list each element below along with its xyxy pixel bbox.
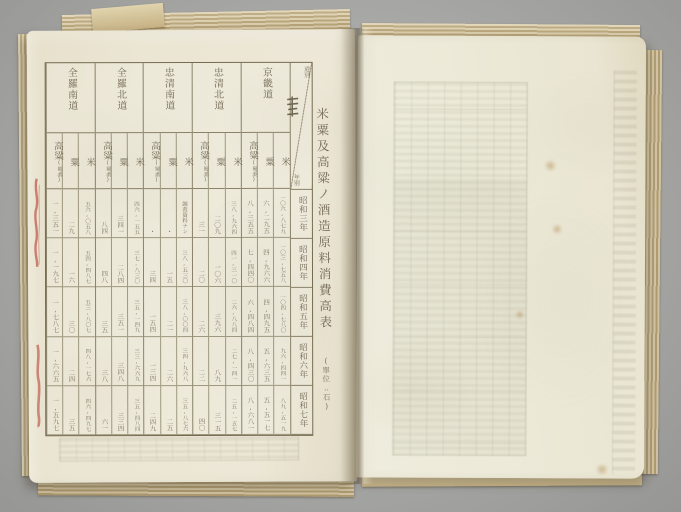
cell-value: 三四八 bbox=[116, 362, 123, 382]
cell-value: 二九 bbox=[67, 221, 74, 234]
table-cell: 四〇 bbox=[193, 386, 208, 435]
table-cell: 五,六三五 bbox=[258, 337, 273, 386]
table-cell: 三七,八三〇 bbox=[128, 238, 143, 287]
table-cell: 調査資料ナシ bbox=[177, 189, 192, 238]
table-cell: 六,二九五 bbox=[258, 189, 273, 238]
table-cell: 八九,五一九 bbox=[274, 386, 289, 435]
cell-value: 一,六六五 bbox=[51, 348, 59, 382]
grain-label: 粟 bbox=[63, 157, 78, 167]
table-cell: 二六,八八四 bbox=[226, 287, 241, 336]
cell-value: 二〇九 bbox=[213, 215, 220, 235]
corner-label-province: 道別 bbox=[302, 66, 311, 78]
cell-value: 一六 bbox=[67, 271, 74, 284]
year-row-header: 昭和七年 bbox=[291, 386, 313, 435]
table-cell: 三四一 bbox=[112, 189, 127, 238]
grain-header: 高粱(蜀黍) bbox=[193, 133, 208, 189]
table-cell: 三五 bbox=[96, 288, 111, 337]
unit-note: (單位‥石) bbox=[321, 356, 331, 412]
foxing-spot bbox=[594, 464, 610, 474]
grain-column-rice: 米一〇六,八七九一〇三,七五八一〇四,七八〇九六,四四一八九,五一九 bbox=[273, 133, 290, 435]
cell-value: 一〇三,七五八 bbox=[279, 244, 286, 283]
grain-header: 米 bbox=[177, 133, 192, 189]
table-cell: 六,四八四 bbox=[242, 287, 257, 336]
cell-value: 三五,八七六 bbox=[181, 398, 188, 432]
red-ink-mark bbox=[33, 343, 43, 429]
grain-column-sorghum: 高粱(蜀黍)八四四八三五三八六一 bbox=[95, 133, 111, 435]
year-label: 昭和六年 bbox=[296, 343, 306, 379]
grain-label: 米 bbox=[177, 157, 192, 167]
table-cell: 一三四 bbox=[145, 337, 160, 386]
table-cell: 三九六 bbox=[209, 287, 224, 336]
province-name: 忠清南道 bbox=[162, 67, 175, 132]
cell-value: 四六,四九七 bbox=[84, 398, 91, 432]
table-cell: 一〇四,七八〇 bbox=[274, 287, 289, 336]
cell-value: 六,四八四 bbox=[246, 299, 254, 333]
cell-value: 五三,八〇七 bbox=[84, 299, 91, 333]
cell-value: 三八,〇〇四 bbox=[181, 299, 188, 333]
table-cell: 四八 bbox=[96, 238, 111, 287]
table-cell: 二八四 bbox=[112, 238, 127, 287]
province-group: 忠清南道米調査資料ナシ三八,五三〇三八,〇〇四三四,九六八三五,八七六粟・一五二… bbox=[143, 63, 192, 435]
year-label: 昭和四年 bbox=[296, 245, 306, 281]
table-cell: 四,四九五 bbox=[258, 287, 273, 336]
grain-header: 粟 bbox=[258, 133, 273, 189]
cell-value: 四,四九五 bbox=[262, 298, 270, 332]
province-group: 全羅北道米四六,一五五三七,八三〇三五,一四九三三,六六九三五,四八四粟三四一二… bbox=[94, 63, 143, 435]
province-header: 全羅南道 bbox=[47, 63, 95, 133]
table-cell: ・ bbox=[160, 189, 175, 238]
grain-header: 米 bbox=[79, 133, 94, 189]
grain-label: 米 bbox=[79, 157, 94, 167]
table-corner-cell: 道別年別 bbox=[290, 63, 312, 190]
grain-header: 粟 bbox=[112, 133, 127, 189]
province-name: 京畿道 bbox=[259, 67, 272, 132]
grain-column-rice: 米三八,九六四四一,三一〇二六,八八四二七,一四一二五,一五七 bbox=[224, 133, 241, 435]
year-row-header: 昭和五年 bbox=[291, 288, 313, 337]
cell-value: 二四 bbox=[67, 369, 74, 382]
cell-value: 三四一 bbox=[116, 215, 123, 235]
table-cell: 一〇六 bbox=[209, 238, 224, 287]
table-cell: 五六,〇五八 bbox=[79, 189, 94, 238]
cell-value: 五四,四八七 bbox=[84, 250, 91, 284]
table-cell: 二〇 bbox=[193, 238, 208, 287]
province-name: 全羅北道 bbox=[113, 67, 126, 132]
grain-header: 高粱(蜀黍) bbox=[242, 133, 257, 189]
page-title: 米粟及高粱ノ酒造原料消費高表 (單位‥石) bbox=[314, 107, 334, 437]
cell-value: 二六 bbox=[197, 320, 204, 333]
page-title-text: 米粟及高粱ノ酒造原料消費高表 bbox=[314, 107, 333, 331]
grain-label: 高粱 bbox=[241, 141, 256, 160]
grain-label: 高粱 bbox=[47, 141, 62, 160]
cell-value: 三七,八三〇 bbox=[132, 250, 139, 284]
cell-value: 八,三五五 bbox=[246, 200, 254, 234]
cell-value: 二一 bbox=[165, 320, 172, 333]
table-cell: 三五 bbox=[63, 386, 78, 435]
table-cell: ・ bbox=[144, 189, 159, 238]
cell-value: 三五一 bbox=[116, 313, 123, 333]
cell-value: 三四,九六八 bbox=[181, 348, 188, 382]
cell-value: 六,二九五 bbox=[262, 200, 270, 234]
grain-header: 高粱(蜀黍) bbox=[144, 133, 159, 189]
table-cell: 三四,九六八 bbox=[177, 337, 192, 386]
grain-label: 粟 bbox=[160, 157, 175, 167]
cell-value: 四一,三一〇 bbox=[230, 250, 237, 284]
table-cell: 四六,一五五 bbox=[128, 189, 143, 238]
year-row-header: 昭和三年 bbox=[290, 190, 312, 239]
table-cell: 三一五 bbox=[210, 386, 225, 435]
table-cell: 一,一九七 bbox=[47, 238, 62, 287]
table-cell: 一,五九七 bbox=[47, 386, 62, 435]
cell-value: 二八四 bbox=[116, 264, 123, 284]
grain-label: 米 bbox=[274, 157, 289, 167]
table-cell: 三五,四八四 bbox=[128, 386, 143, 435]
table-cell: 一,三五一 bbox=[47, 189, 62, 238]
table-cell: 三〇 bbox=[63, 288, 78, 337]
grain-column-millet: 粟三四一二八四三五一三四八三三四 bbox=[111, 133, 128, 435]
grain-label-note: (蜀黍) bbox=[47, 160, 62, 183]
right-page bbox=[356, 35, 646, 478]
table-cell: 二六 bbox=[193, 287, 208, 336]
grain-header: 粟 bbox=[209, 133, 224, 189]
left-page: 道別年別昭和三年昭和四年昭和五年昭和六年昭和七年京畿道米一〇六,八七九一〇三,七… bbox=[27, 29, 357, 483]
table-cell: 一〇三,七五八 bbox=[274, 238, 289, 287]
table-cell: 一〇六,八七九 bbox=[274, 189, 289, 238]
table-cell: 二九 bbox=[63, 189, 78, 238]
correction-scribble-icon bbox=[285, 95, 300, 117]
table-cell: 七,四四〇 bbox=[242, 238, 257, 287]
cell-value: 三〇 bbox=[67, 320, 74, 333]
cell-value: 二〇 bbox=[197, 270, 204, 283]
table-cell: 九六,四四一 bbox=[274, 336, 289, 385]
foxing-spot bbox=[543, 160, 557, 171]
table-cell: 四八,一七六 bbox=[80, 337, 95, 386]
table-cell: 五,五一七 bbox=[258, 386, 273, 435]
table-cell: 八九 bbox=[209, 337, 224, 386]
grain-label-note: (蜀黍) bbox=[95, 160, 110, 183]
grain-label: 高粱 bbox=[193, 141, 208, 160]
table-cell: 八,六八一 bbox=[242, 386, 257, 435]
province-header: 忠清南道 bbox=[144, 63, 192, 133]
province-name: 忠清北道 bbox=[210, 67, 223, 132]
table-cell: 二六 bbox=[161, 337, 176, 386]
table-cell: 三四八 bbox=[112, 337, 127, 386]
table-cell: 三五,一四九 bbox=[128, 288, 143, 337]
cell-value: 二二 bbox=[197, 369, 204, 382]
bleed-through-band bbox=[59, 436, 299, 461]
cell-value: 三八,五三〇 bbox=[181, 250, 188, 284]
cell-value: 三五,四八四 bbox=[133, 398, 140, 432]
cell-value: 三五 bbox=[67, 418, 74, 431]
paper-mottling bbox=[356, 35, 646, 478]
table-cell: 四六,四九七 bbox=[80, 386, 95, 435]
table-cell: 二一 bbox=[161, 287, 176, 336]
cell-value: 三三,六六九 bbox=[133, 348, 140, 382]
grain-column-rice: 米四六,一五五三七,八三〇三五,一四九三三,六六九三五,四八四 bbox=[127, 133, 144, 435]
cell-value: 一〇六,八七九 bbox=[278, 195, 285, 234]
grain-subcolumns: 米五六,〇五八五四,四八七五三,八〇七四八,一七六四六,四九七粟二九一六三〇二四… bbox=[47, 133, 95, 435]
table-cell: 二〇九 bbox=[209, 189, 224, 238]
grain-label: 米 bbox=[225, 157, 240, 167]
show-through-ghost-table bbox=[392, 82, 528, 457]
cell-value: 四八,一七六 bbox=[84, 349, 91, 383]
grain-subcolumns: 米一〇六,八七九一〇三,七五八一〇四,七八〇九六,四四一八九,五一九粟六,二九五… bbox=[242, 133, 290, 435]
year-row-header: 昭和六年 bbox=[291, 337, 313, 386]
grain-column-rice: 米調査資料ナシ三八,五三〇三八,〇〇四三四,九六八三五,八七六 bbox=[176, 133, 193, 435]
table-cell: 一五四 bbox=[144, 288, 159, 337]
grain-label: 粟 bbox=[258, 157, 273, 167]
table-cell: 六一 bbox=[96, 386, 111, 435]
cell-value: 三五,一四九 bbox=[133, 299, 140, 333]
cell-value: 七,四四〇 bbox=[246, 249, 254, 283]
table-cell: 三八,五三〇 bbox=[177, 238, 192, 287]
grain-subcolumns: 米四六,一五五三七,八三〇三五,一四九三三,六六九三五,四八四粟三四一二八四三五… bbox=[95, 133, 143, 435]
table-cell: 四一,三一〇 bbox=[226, 238, 241, 287]
cell-value: 二七,一四一 bbox=[230, 348, 237, 382]
cell-value: 二五,一五七 bbox=[230, 397, 237, 431]
cell-value: 四八 bbox=[100, 271, 107, 284]
cell-value: 一五 bbox=[165, 270, 172, 283]
table-cell: 三一 bbox=[193, 189, 208, 238]
grain-header: 米 bbox=[274, 133, 289, 189]
cell-value: 一,一九七 bbox=[51, 250, 59, 284]
cell-value: 八四 bbox=[100, 221, 107, 234]
grain-subcolumns: 米調査資料ナシ三八,五三〇三八,〇〇四三四,九六八三五,八七六粟・一五二一二六二… bbox=[144, 133, 192, 435]
table-cell: 二五,一五七 bbox=[226, 386, 241, 435]
cell-value: 四六,一五五 bbox=[132, 201, 139, 235]
cell-value: 三五 bbox=[100, 320, 107, 333]
grain-header: 米 bbox=[225, 133, 240, 189]
grain-header: 米 bbox=[128, 133, 143, 189]
foxing-spot bbox=[515, 310, 525, 319]
grain-subcolumns: 米三八,九六四四一,三一〇二六,八八四二七,一四一二五,一五七粟二〇九一〇六三九… bbox=[193, 133, 241, 435]
cell-value: 一五四 bbox=[148, 313, 155, 333]
table-cell: 一六 bbox=[63, 238, 78, 287]
cell-value: 八九,五一九 bbox=[279, 397, 286, 431]
table-cell: 三八,九六四 bbox=[225, 189, 240, 238]
province-name: 全羅南道 bbox=[64, 67, 77, 132]
grain-column-millet: 粟二〇九一〇六三九六八九三一五 bbox=[208, 133, 225, 435]
cell-value: 一,五九七 bbox=[51, 397, 59, 431]
cell-value: 三四 bbox=[148, 270, 155, 283]
table-cell: 一五 bbox=[161, 238, 176, 287]
province-header: 京畿道 bbox=[241, 63, 289, 133]
cell-value: ・ bbox=[148, 228, 155, 235]
year-label: 昭和七年 bbox=[297, 392, 307, 428]
province-group: 全羅南道米五六,〇五八五四,四八七五三,八〇七四八,一七六四六,四九七粟二九一六… bbox=[46, 63, 95, 435]
show-through-ghost-column bbox=[612, 70, 637, 474]
table-cell: 三八,〇〇四 bbox=[177, 287, 192, 336]
table-cell: 三五一 bbox=[112, 288, 127, 337]
grain-column-sorghum: 高粱(蜀黍)三一二〇二六二二四〇 bbox=[193, 133, 209, 435]
year-row-header: 昭和四年 bbox=[290, 239, 312, 288]
grain-label: 粟 bbox=[209, 157, 224, 167]
table-cell: 三四 bbox=[144, 238, 159, 287]
table-cell: 二四九 bbox=[145, 386, 160, 435]
table-cell: 五四,四八七 bbox=[79, 238, 94, 287]
table-cell: 八四 bbox=[96, 189, 111, 238]
cell-value: 一〇四,七八〇 bbox=[279, 293, 286, 332]
cell-value: 一,三五一 bbox=[51, 200, 59, 234]
grain-label: 高粱 bbox=[144, 141, 159, 160]
cell-value: 二四九 bbox=[149, 412, 156, 432]
table-cell: 二五 bbox=[161, 386, 176, 435]
grain-column-millet: 粟・一五二一二六二五 bbox=[159, 133, 176, 435]
grain-label-note: (蜀黍) bbox=[242, 160, 257, 183]
year-label: 昭和三年 bbox=[296, 196, 306, 232]
cell-value: 二五 bbox=[165, 418, 172, 431]
cell-value: 一〇六 bbox=[213, 264, 220, 284]
cell-value: 二六,八八四 bbox=[230, 299, 237, 333]
cell-value: 九六,四四一 bbox=[279, 348, 286, 382]
cell-value: 三九六 bbox=[213, 313, 220, 333]
cell-value: 八,六八一 bbox=[246, 397, 254, 431]
cell-value: 五,五一七 bbox=[262, 397, 270, 431]
grain-column-millet: 粟六,二九五四,九六六四,四九五五,六三五五,五一七 bbox=[257, 133, 274, 435]
cell-value: 八九 bbox=[213, 369, 220, 382]
year-header-column: 道別年別昭和三年昭和四年昭和五年昭和六年昭和七年 bbox=[289, 63, 312, 435]
province-group: 忠清北道米三八,九六四四一,三一〇二六,八八四二七,一四一二五,一五七粟二〇九一… bbox=[192, 63, 241, 435]
cell-value: 四,九六六 bbox=[262, 249, 270, 283]
table-cell: 五三,八〇七 bbox=[79, 288, 94, 337]
cell-value: 六一 bbox=[100, 418, 107, 431]
cell-value: 三三四 bbox=[116, 412, 123, 432]
cell-value: 八,四三〇 bbox=[246, 348, 254, 382]
cell-value: 三八 bbox=[100, 369, 107, 382]
table-cell: 三三四 bbox=[112, 386, 127, 435]
cell-value: 四〇 bbox=[197, 418, 204, 431]
table-cell: 八,四三〇 bbox=[242, 337, 257, 386]
grain-header: 粟 bbox=[160, 133, 175, 189]
grain-column-sorghum: 高粱(蜀黍)・三四一五四一三四二四九 bbox=[144, 133, 160, 435]
table-cell: 三三,六六九 bbox=[128, 337, 143, 386]
table-cell: 二七,一四一 bbox=[226, 337, 241, 386]
grain-label: 米 bbox=[128, 157, 143, 167]
photo-of-open-ledger: 道別年別昭和三年昭和四年昭和五年昭和六年昭和七年京畿道米一〇六,八七九一〇三,七… bbox=[0, 0, 681, 512]
cell-value: 調査資料ナシ bbox=[181, 201, 188, 234]
year-label: 昭和五年 bbox=[296, 294, 306, 330]
cell-value: 五,六三五 bbox=[262, 348, 270, 382]
cell-value: 三一五 bbox=[213, 411, 220, 431]
cell-value: 三一 bbox=[197, 221, 204, 234]
consumption-table: 道別年別昭和三年昭和四年昭和五年昭和六年昭和七年京畿道米一〇六,八七九一〇三,七… bbox=[45, 62, 314, 436]
red-ink-mark bbox=[32, 177, 42, 269]
table-cell: 一,七八七 bbox=[47, 288, 62, 337]
grain-column-millet: 粟二九一六三〇二四三五 bbox=[62, 133, 79, 435]
province-group: 京畿道米一〇六,八七九一〇三,七五八一〇四,七八〇九六,四四一八九,五一九粟六,… bbox=[240, 63, 289, 435]
province-header: 全羅北道 bbox=[95, 63, 143, 133]
grain-label: 高粱 bbox=[95, 141, 110, 160]
cell-value: 五六,〇五八 bbox=[84, 201, 91, 235]
grain-header: 高粱(蜀黍) bbox=[47, 133, 62, 189]
grain-header: 高粱(蜀黍) bbox=[95, 133, 110, 189]
grain-column-sorghum: 高粱(蜀黍)一,三五一一,一九七一,七八七一,六六五一,五九七 bbox=[47, 133, 63, 435]
cell-value: ・ bbox=[165, 228, 172, 235]
grain-column-sorghum: 高粱(蜀黍)八,三五五七,四四〇六,四八四八,四三〇八,六八一 bbox=[242, 133, 258, 435]
grain-label-note: (蜀黍) bbox=[144, 160, 159, 183]
cell-value: 三八,九六四 bbox=[230, 201, 237, 235]
table-cell: 三八 bbox=[96, 337, 111, 386]
cell-value: 一,七八七 bbox=[51, 299, 59, 333]
corner-label-year: 年別 bbox=[291, 174, 300, 186]
grain-label-note: (蜀黍) bbox=[193, 160, 208, 183]
table-cell: 二四 bbox=[63, 337, 78, 386]
grain-header: 粟 bbox=[63, 133, 78, 189]
province-header: 忠清北道 bbox=[193, 63, 241, 133]
foxing-spot bbox=[551, 224, 563, 234]
table-cell: 二二 bbox=[193, 337, 208, 386]
table-cell: 三五,八七六 bbox=[177, 386, 192, 435]
grain-label: 粟 bbox=[112, 157, 127, 167]
table-cell: 八,三五五 bbox=[242, 189, 257, 238]
grain-column-rice: 米五六,〇五八五四,四八七五三,八〇七四八,一七六四六,四九七 bbox=[78, 133, 95, 435]
cell-value: 一三四 bbox=[148, 362, 155, 382]
cell-value: 二六 bbox=[165, 369, 172, 382]
table-cell: 四,九六六 bbox=[258, 238, 273, 287]
table-cell: 一,六六五 bbox=[47, 337, 62, 386]
